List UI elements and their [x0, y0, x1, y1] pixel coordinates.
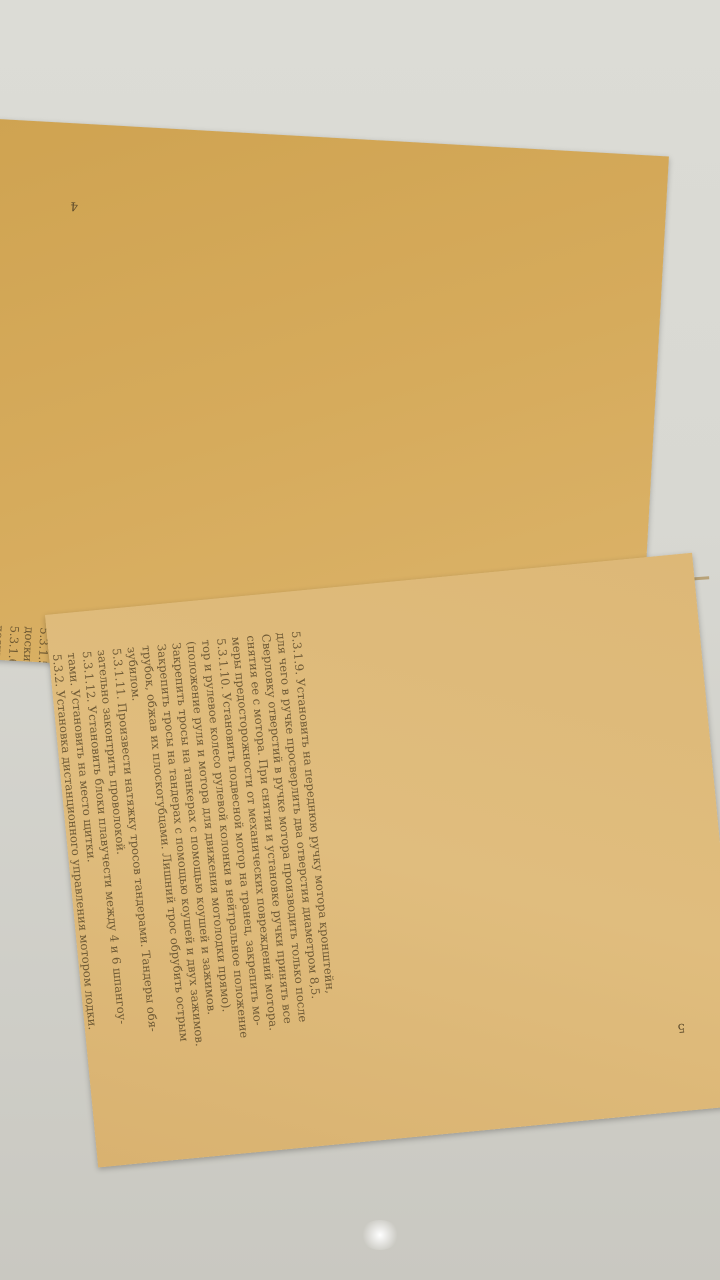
page-number-right: 5: [677, 1021, 686, 1036]
right-page-text: 5.3.1.9. Установить на переднюю ручку мо…: [45, 630, 342, 1102]
light-glare: [360, 1220, 400, 1250]
right-page: 5.3.1.9. Установить на переднюю ручку мо…: [45, 553, 720, 1168]
page-number-left: 4: [70, 199, 78, 213]
